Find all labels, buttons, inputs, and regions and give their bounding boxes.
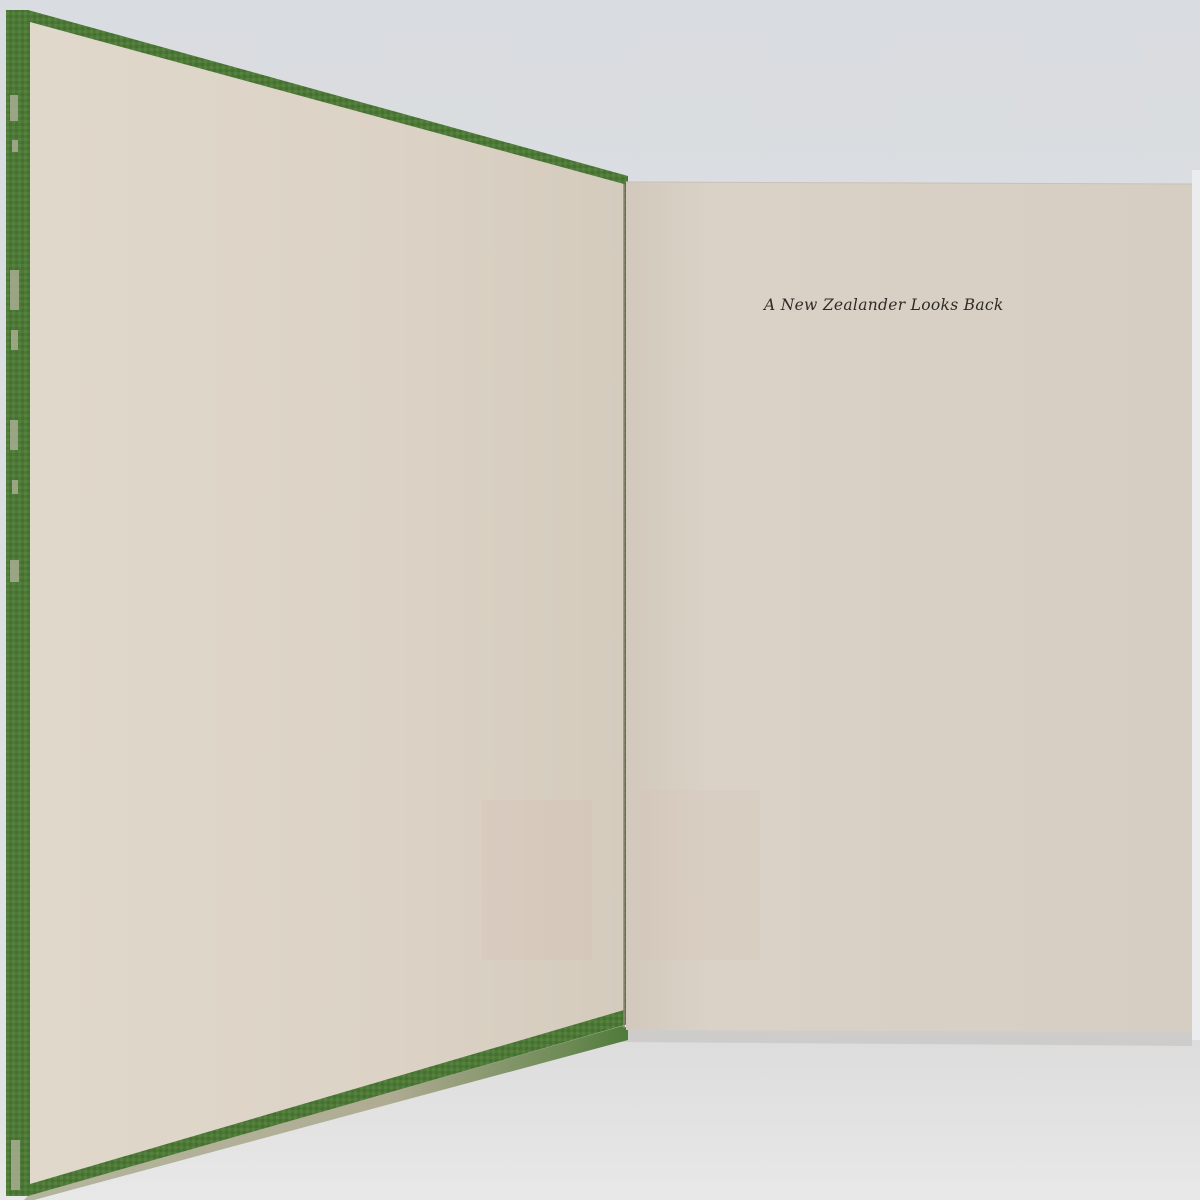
book-photo-scene [0, 0, 1200, 1200]
half-title: A New Zealander Looks Back [764, 296, 1034, 314]
left-page-stain [482, 800, 592, 960]
wall-right-strip [1192, 170, 1200, 1040]
right-page-stain [640, 790, 760, 960]
left-endpaper [30, 22, 624, 1184]
